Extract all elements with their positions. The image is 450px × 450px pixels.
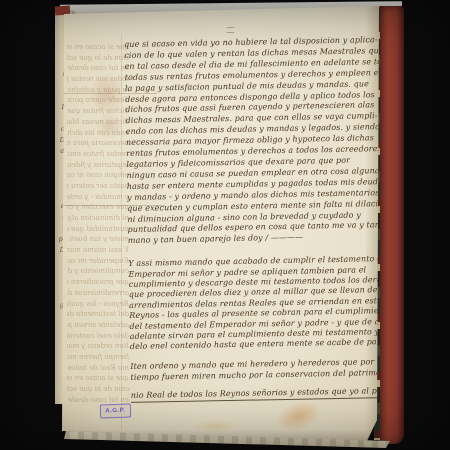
manuscript-text-block: que si acaso en vida yo no hubiere la ta… xyxy=(124,35,401,403)
page-shadow-right xyxy=(365,6,379,442)
bleedthrough-line: que si acaso en vida yo no hubiere la ta… xyxy=(67,42,129,53)
bleedthrough-line: puntualidad que dellos espero en cosa qu… xyxy=(67,224,129,235)
bleedthrough-line: legatarios y fideicomissarios que dexare… xyxy=(67,160,129,171)
bleedthrough-line: del testamento del Emperador mi señor y … xyxy=(67,309,129,320)
faint-mark xyxy=(227,27,234,33)
bleedthrough-line: ningun caso ni causa se puedan emplear e… xyxy=(67,170,129,181)
bleedthrough-line: cion de lo que valen y rentan las dichas… xyxy=(67,53,129,64)
bleedthrough-line: cumplimiento y descargo deste mi testame… xyxy=(67,266,129,277)
manuscript-photo: teñariosDeeromDeldidlaleyaomdem:pagDelsy… xyxy=(0,0,450,450)
paragraph: Iten ordeno y mando que mi heredero y he… xyxy=(130,356,401,403)
manuscript-page: que si acaso en vida yo no hubiere la ta… xyxy=(61,6,379,442)
bleedthrough-line: rentas frutos emolumentos y derechos a t… xyxy=(67,149,129,160)
paper-crease xyxy=(121,34,122,430)
bleedthrough-line: que procedieren delos diez y onze al mil… xyxy=(67,277,129,288)
bleedthrough-line: mano y tan buen aparejo les doy / ———— xyxy=(67,234,129,245)
bleedthrough-line: ni diminucion alguna - sino con la breve… xyxy=(67,213,129,224)
bleedthrough-line: que si acaso en vida yo no hubiere la ta… xyxy=(67,373,129,384)
rust-mark xyxy=(89,72,125,116)
paragraph: Y assi mismo mando que acabado de cumpli… xyxy=(128,254,400,353)
rust-mark xyxy=(95,112,123,140)
bleedthrough-line: adelante sirvan para el cumplimiento des… xyxy=(67,320,129,331)
bleedthrough-line: tiempo fueren miren mucho por la conserv… xyxy=(67,352,129,363)
archive-stamp-text: A.G.P. xyxy=(105,408,125,415)
bleedthrough-line: delo enel contenido hasta que entera men… xyxy=(67,331,129,342)
bleedthrough-line: cion de lo que valen y rentan las dichas… xyxy=(67,384,129,395)
bleedthrough-line: que executen y cumplan esto entera mente… xyxy=(67,202,129,213)
bleedthrough-line: Emperador mi señor y padre se apliquen t… xyxy=(67,256,129,267)
red-binding xyxy=(379,6,404,444)
bleedthrough-line: necessaria para mayor firmeza obligo y h… xyxy=(67,138,129,149)
paragraph: que si acaso en vida yo no hubiere la ta… xyxy=(124,35,398,247)
bleedthrough-line: y mandas - y ordeno y mando alos dichos … xyxy=(67,192,129,203)
bleedthrough-line: hasta ser entera mente cumplidas y pagad… xyxy=(67,181,129,192)
bleedthrough-line: Iten ordeno y mando que mi heredero y he… xyxy=(67,341,129,352)
bleedthrough-line: nio Real de todos los Reynos señorios y … xyxy=(67,363,129,374)
archive-stamp: A.G.P. xyxy=(100,403,131,418)
bleedthrough-line: en tal caso desde el dia de mi fallescim… xyxy=(67,63,129,74)
bleedthrough-line: arrendimientos delas rentas Reales que s… xyxy=(67,288,129,299)
bleedthrough-line: Reynos - los quales al presente se cobra… xyxy=(67,299,129,310)
bleedthrough-line: Y assi mismo mando que acabado de cumpli… xyxy=(67,245,129,256)
